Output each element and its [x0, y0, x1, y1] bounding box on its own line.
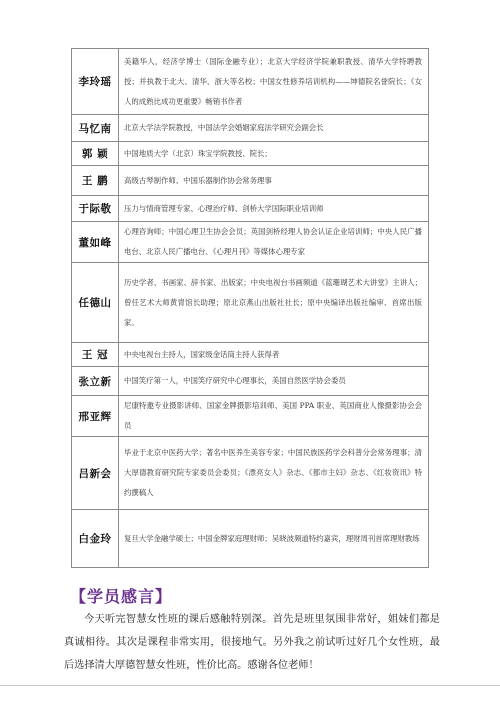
- faculty-description: 中国笑疗第一人，中国笑疗研究中心理事长，美国自然医学协会委员: [119, 367, 429, 396]
- faculty-name: 王 鹏: [72, 166, 119, 196]
- faculty-description: 压力与情商管理专家、心理治疗师、剑桥大学国际职业培训师: [119, 196, 429, 222]
- document-page: 李玲瑶 美籍华人，经济学博士（国际金融专业）；北京大学经济学院兼职教授、清华大学…: [0, 0, 500, 707]
- faculty-description: 美籍华人，经济学博士（国际金融专业）；北京大学经济学院兼职教授、清华大学特聘教授…: [119, 49, 429, 115]
- section-title-testimonials: 【学员感言】: [70, 584, 172, 607]
- table-row: 马忆南 北京大学法学院教授，中国法学会婚姻家庭法学研究会副会长: [72, 115, 429, 142]
- faculty-name: 邢亚辉: [72, 396, 119, 437]
- faculty-name: 吕新会: [72, 437, 119, 510]
- faculty-description: 历史学者、书画家、辞书家、出版家；中央电视台书画频道《蓝珊瑚艺术大讲堂》主讲人；…: [119, 263, 429, 343]
- faculty-name: 王 冠: [72, 343, 119, 367]
- faculty-name: 郭 颖: [72, 142, 119, 166]
- faculty-name: 董如峰: [72, 222, 119, 263]
- faculty-name: 张立新: [72, 367, 119, 396]
- table-row: 张立新 中国笑疗第一人，中国笑疗研究中心理事长，美国自然医学协会委员: [72, 367, 429, 396]
- table-row: 王 鹏 高级古琴制作师、中国乐器制作协会常务理事: [72, 166, 429, 196]
- faculty-description: 高级古琴制作师、中国乐器制作协会常务理事: [119, 166, 429, 196]
- faculty-description: 毕业于北京中医药大学；著名中医养生美容专家；中国民族医药学会科普分会常务理事；清…: [119, 437, 429, 510]
- faculty-name: 任德山: [72, 263, 119, 343]
- table-row: 任德山 历史学者、书画家、辞书家、出版家；中央电视台书画频道《蓝珊瑚艺术大讲堂》…: [72, 263, 429, 343]
- faculty-description: 北京大学法学院教授，中国法学会婚姻家庭法学研究会副会长: [119, 115, 429, 142]
- table-row: 郭 颖 中国地质大学（北京）珠宝学院教授、院长；: [72, 142, 429, 166]
- faculty-description: 中央电视台主持人，国家级金话筒主持人获得者: [119, 343, 429, 367]
- table-row: 李玲瑶 美籍华人，经济学博士（国际金融专业）；北京大学经济学院兼职教授、清华大学…: [72, 49, 429, 115]
- table-row: 于际敬 压力与情商管理专家、心理治疗师、剑桥大学国际职业培训师: [72, 196, 429, 222]
- table-row: 董如峰 心理咨询师；中国心理卫生协会会员；英国剑桥经理人协会认证企业培训师；中央…: [72, 222, 429, 263]
- faculty-description: 尼康特邀专业摄影讲师、国家金牌摄影培训师、美国 PPA 职业、英国商业人像摄影协…: [119, 396, 429, 437]
- faculty-name: 马忆南: [72, 115, 119, 142]
- faculty-name: 白金玲: [72, 510, 119, 568]
- faculty-name: 李玲瑶: [72, 49, 119, 115]
- faculty-description: 复旦大学金融学硕士；中国金牌家庭理财师；吴晓波频道特约嘉宾，理财周刊首席理财教练: [119, 510, 429, 568]
- table-row: 邢亚辉 尼康特邀专业摄影讲师、国家金牌摄影培训师、美国 PPA 职业、英国商业人…: [72, 396, 429, 437]
- table-row: 白金玲 复旦大学金融学硕士；中国金牌家庭理财师；吴晓波频道特约嘉宾，理财周刊首席…: [72, 510, 429, 568]
- faculty-table: 李玲瑶 美籍华人，经济学博士（国际金融专业）；北京大学经济学院兼职教授、清华大学…: [71, 48, 429, 568]
- table-row: 吕新会 毕业于北京中医药大学；著名中医养生美容专家；中国民族医药学会科普分会常务…: [72, 437, 429, 510]
- faculty-description: 心理咨询师；中国心理卫生协会会员；英国剑桥经理人协会认证企业培训师；中央人民广播…: [119, 222, 429, 263]
- faculty-name: 于际敬: [72, 196, 119, 222]
- table-row: 王 冠 中央电视台主持人，国家级金话筒主持人获得者: [72, 343, 429, 367]
- page-divider: [0, 685, 500, 686]
- testimonial-paragraph: 今天听完智慧女性班的课后感触特别深。首先是班里氛围非常好，姐妹们都是真诚相待。其…: [64, 608, 440, 677]
- faculty-description: 中国地质大学（北京）珠宝学院教授、院长；: [119, 142, 429, 166]
